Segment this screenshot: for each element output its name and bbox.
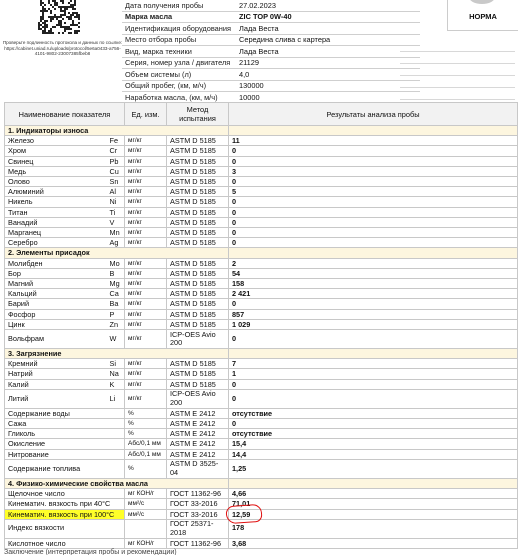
table-row: НикельNiмг/кг ASTM D 5185 0 — [5, 197, 518, 207]
header-results: Результаты анализа пробы — [229, 103, 518, 126]
indicator-name: Окисление — [5, 439, 125, 449]
unit: мг/кг — [125, 289, 167, 299]
indicator-name: Олово — [5, 177, 107, 187]
unit: мг/кг — [125, 268, 167, 278]
method: ASTM D 5185 — [167, 207, 229, 217]
method: ГОСТ 11362-96 — [167, 538, 229, 548]
indicator-name: Алюминий — [5, 187, 107, 197]
info-value: ZIC TOP 0W-40 — [236, 11, 420, 23]
unit: мг/кг — [125, 379, 167, 389]
table-row: ФосфорPмг/кг ASTM D 5185 857 — [5, 309, 518, 319]
info-row: Объем системы (л) 4,0 — [122, 69, 420, 81]
method: ASTM D 5185 — [167, 268, 229, 278]
table-row: Кислотное числомг КОН/г ГОСТ 11362-96 3,… — [5, 538, 518, 548]
decor-lines — [400, 40, 515, 100]
result-value: 71,01 — [229, 499, 518, 509]
indicator-name: Кислотное число — [5, 538, 125, 548]
unit: мг/кг — [125, 166, 167, 176]
info-label: Серия, номер узла / двигателя — [122, 57, 236, 69]
result-value: 14,4 — [229, 449, 518, 459]
result-value: 0 — [229, 177, 518, 187]
unit: мг/кг — [125, 299, 167, 309]
result-value: 178 — [229, 519, 518, 538]
table-row: МедьCuмг/кг ASTM D 5185 3 — [5, 166, 518, 176]
element-symbol: Na — [107, 369, 125, 379]
method: ASTM D 5185 — [167, 177, 229, 187]
unit: мг/кг — [125, 197, 167, 207]
unit: мг/кг — [125, 177, 167, 187]
indicator-name: Барий — [5, 299, 107, 309]
section-header: 3. Загрязнение — [5, 349, 518, 359]
indicator-name: Магний — [5, 279, 107, 289]
method: ASTM E 2412 — [167, 408, 229, 418]
info-label: Марка масла — [122, 11, 236, 23]
method: ASTM D 5185 — [167, 197, 229, 207]
method: ГОСТ 33-2016 — [167, 509, 229, 519]
unit: мг/кг — [125, 136, 167, 146]
element-symbol: Ca — [107, 289, 125, 299]
unit: % — [125, 429, 167, 439]
element-symbol: Ba — [107, 299, 125, 309]
indicator-name: Сажа — [5, 419, 125, 429]
table-row: ОловоSnмг/кг ASTM D 5185 0 — [5, 177, 518, 187]
result-value: 0 — [229, 330, 518, 349]
verify-text: Проверьте подлинность протокола и данных… — [0, 40, 125, 46]
status-seal-icon — [469, 0, 495, 4]
info-value: 27.02.2023 — [236, 0, 420, 11]
table-row: ТитанTiмг/кг ASTM D 5185 0 — [5, 207, 518, 217]
table-row: ЖелезоFeмг/кг ASTM D 5185 11 — [5, 136, 518, 146]
result-value: 12,59 — [229, 509, 518, 519]
unit — [125, 519, 167, 538]
result-value: 2 421 — [229, 289, 518, 299]
unit: % — [125, 419, 167, 429]
unit: мг КОН/г — [125, 538, 167, 548]
result-value: 3,68 — [229, 538, 518, 548]
method: ASTM D 5185 — [167, 217, 229, 227]
table-row: ЦинкZnмг/кг ASTM D 5185 1 029 — [5, 319, 518, 329]
info-label: Дата получения пробы — [122, 0, 236, 11]
status-box: НОРМА — [447, 0, 518, 31]
info-row: Серия, номер узла / двигателя 21129 — [122, 57, 420, 69]
info-row: Дата получения пробы 27.02.2023 — [122, 0, 420, 11]
info-value: Лада Веста — [236, 23, 420, 35]
method: ASTM D 5185 — [167, 319, 229, 329]
verify-note: Проверьте подлинность протокола и данных… — [0, 40, 125, 57]
result-value: 1 — [229, 369, 518, 379]
result-value: отсутствие — [229, 429, 518, 439]
table-row: КремнийSiмг/кг ASTM D 5185 7 — [5, 359, 518, 369]
table-row: Сажа% ASTM E 2412 0 — [5, 419, 518, 429]
result-value: 0 — [229, 207, 518, 217]
status-label: НОРМА — [448, 12, 518, 21]
info-label: Вид, марка техники — [122, 46, 236, 58]
indicator-name: Цинк — [5, 319, 107, 329]
method: ASTM D 5185 — [167, 379, 229, 389]
header-indicator: Наименование показателя — [5, 103, 125, 126]
element-symbol: B — [107, 268, 125, 278]
result-value: 0 — [229, 217, 518, 227]
element-symbol: Ni — [107, 197, 125, 207]
table-row: МагнийMgмг/кг ASTM D 5185 158 — [5, 279, 518, 289]
info-value: Лада Веста — [236, 46, 420, 58]
analysis-table: Наименование показателя Ед. изм. Метод и… — [4, 102, 518, 549]
result-value: 0 — [229, 419, 518, 429]
indicator-name: Ванадий — [5, 217, 107, 227]
indicator-name: Молибден — [5, 258, 107, 268]
method: ASTM D 5185 — [167, 279, 229, 289]
unit: Абс/0,1 мм — [125, 439, 167, 449]
method: ASTM D 5185 — [167, 258, 229, 268]
indicator-name: Литий — [5, 389, 107, 408]
unit: мг/кг — [125, 217, 167, 227]
table-row: БарийBaмг/кг ASTM D 5185 0 — [5, 299, 518, 309]
element-symbol: Mo — [107, 258, 125, 268]
result-value: 0 — [229, 228, 518, 238]
method: ASTM E 2412 — [167, 419, 229, 429]
table-row: ОкислениеАбс/0,1 мм ASTM E 2412 15,4 — [5, 439, 518, 449]
indicator-name: Содержание топлива — [5, 459, 125, 478]
unit: мг/кг — [125, 156, 167, 166]
conclusion-heading: Заключение (интерпретация пробы и рекоме… — [4, 549, 177, 555]
result-value: 2 — [229, 258, 518, 268]
indicator-name: Хром — [5, 146, 107, 156]
result-value: 5 — [229, 187, 518, 197]
table-row: СвинецPbмг/кг ASTM D 5185 0 — [5, 156, 518, 166]
element-symbol: Fe — [107, 136, 125, 146]
method: ASTM D 5185 — [167, 359, 229, 369]
info-row: Вид, марка техники Лада Веста — [122, 46, 420, 58]
info-row: Марка масла ZIC TOP 0W-40 — [122, 11, 420, 23]
result-value: 54 — [229, 268, 518, 278]
method: ASTM D 5185 — [167, 309, 229, 319]
unit: мг/кг — [125, 319, 167, 329]
element-symbol: Ti — [107, 207, 125, 217]
table-row: КалийKмг/кг ASTM D 5185 0 — [5, 379, 518, 389]
result-value: 1 029 — [229, 319, 518, 329]
method: ASTM E 2412 — [167, 449, 229, 459]
section-title: 3. Загрязнение — [5, 349, 229, 359]
unit: мг/кг — [125, 146, 167, 156]
method: ASTM D 5185 — [167, 136, 229, 146]
unit: мг/кг — [125, 389, 167, 408]
info-label: Место отбора пробы — [122, 34, 236, 46]
table-row: Гликоль% ASTM E 2412 отсутствие — [5, 429, 518, 439]
table-row: КальцийCaмг/кг ASTM D 5185 2 421 — [5, 289, 518, 299]
indicator-name: Марганец — [5, 228, 107, 238]
table-row: Содержание топлива% ASTM D 3525-04 1,25 — [5, 459, 518, 478]
method: ASTM D 5185 — [167, 369, 229, 379]
section-title: 4. Физико-химические свойства масла — [5, 478, 229, 488]
element-symbol: Zn — [107, 319, 125, 329]
indicator-name: Щелочное число — [5, 489, 125, 499]
table-row: НитрованиеАбс/0,1 мм ASTM E 2412 14,4 — [5, 449, 518, 459]
indicator-name: Вольфрам — [5, 330, 107, 349]
table-row: АлюминийAlмг/кг ASTM D 5185 5 — [5, 187, 518, 197]
table-row: ВольфрамWмг/кг ICP-OES Avio 200 0 — [5, 330, 518, 349]
element-symbol: Sn — [107, 177, 125, 187]
element-symbol: Al — [107, 187, 125, 197]
table-row: ВанадийVмг/кг ASTM D 5185 0 — [5, 217, 518, 227]
result-value: 0 — [229, 197, 518, 207]
indicator-name: Бор — [5, 268, 107, 278]
indicator-name: Титан — [5, 207, 107, 217]
element-symbol: Mg — [107, 279, 125, 289]
info-value: Середина слива с картера — [236, 34, 420, 46]
indicator-name: Кинематич. вязкость при 100°С — [5, 509, 125, 519]
indicator-name: Медь — [5, 166, 107, 176]
header-unit: Ед. изм. — [125, 103, 167, 126]
indicator-name: Никель — [5, 197, 107, 207]
indicator-name: Калий — [5, 379, 107, 389]
method: ASTM D 5185 — [167, 238, 229, 248]
table-row: Содержание воды% ASTM E 2412 отсутствие — [5, 408, 518, 418]
info-value: 4,0 — [236, 69, 420, 81]
table-row: НатрийNaмг/кг ASTM D 5185 1 — [5, 369, 518, 379]
element-symbol: Li — [107, 389, 125, 408]
method: ASTM D 5185 — [167, 228, 229, 238]
method: ASTM D 3525-04 — [167, 459, 229, 478]
info-row: Идентификация оборудования Лада Веста — [122, 23, 420, 35]
method: ASTM D 5185 — [167, 166, 229, 176]
sample-info-table: Дата получения пробы 27.02.2023Марка мас… — [122, 0, 420, 104]
result-value: 0 — [229, 299, 518, 309]
section-header: 4. Физико-химические свойства масла — [5, 478, 518, 488]
result-value: 0 — [229, 379, 518, 389]
unit: мг КОН/г — [125, 489, 167, 499]
indicator-name: Нитрование — [5, 449, 125, 459]
method: ASTM D 5185 — [167, 289, 229, 299]
table-row: СереброAgмг/кг ASTM D 5185 0 — [5, 238, 518, 248]
section-header: 1. Индикаторы износа — [5, 126, 518, 136]
info-value: 21129 — [236, 57, 420, 69]
unit: Абс/0,1 мм — [125, 449, 167, 459]
unit: мм²/с — [125, 499, 167, 509]
info-label: Общий пробег, (км, м/ч) — [122, 80, 236, 92]
table-row: МолибденMoмг/кг ASTM D 5185 2 — [5, 258, 518, 268]
element-symbol: Si — [107, 359, 125, 369]
indicator-name: Серебро — [5, 238, 107, 248]
indicator-name: Железо — [5, 136, 107, 146]
result-value: отсутствие — [229, 408, 518, 418]
unit: мг/кг — [125, 279, 167, 289]
unit: мг/кг — [125, 258, 167, 268]
indicator-name: Гликоль — [5, 429, 125, 439]
method: ASTM D 5185 — [167, 299, 229, 309]
table-row: Индекс вязкости ГОСТ 25371-2018 178 — [5, 519, 518, 538]
result-value: 0 — [229, 389, 518, 408]
info-value: 130000 — [236, 80, 420, 92]
table-row: БорBмг/кг ASTM D 5185 54 — [5, 268, 518, 278]
unit: % — [125, 459, 167, 478]
unit: мг/кг — [125, 359, 167, 369]
method: ASTM E 2412 — [167, 439, 229, 449]
indicator-name: Кинематич. вязкость при 40°С — [5, 499, 125, 509]
method: ASTM D 5185 — [167, 146, 229, 156]
header-method: Метод испытания — [167, 103, 229, 126]
indicator-name: Фосфор — [5, 309, 107, 319]
info-row: Место отбора пробы Середина слива с карт… — [122, 34, 420, 46]
indicator-name: Кремний — [5, 359, 107, 369]
unit: мм²/с — [125, 509, 167, 519]
unit: мг/кг — [125, 228, 167, 238]
table-row: Кинематич. вязкость при 40°Смм²/с ГОСТ 3… — [5, 499, 518, 509]
table-row: ХромCrмг/кг ASTM D 5185 0 — [5, 146, 518, 156]
method: ASTM E 2412 — [167, 429, 229, 439]
info-row: Общий пробег, (км, м/ч) 130000 — [122, 80, 420, 92]
result-value: 11 — [229, 136, 518, 146]
verify-link[interactable]: https://cabinet.uniad.ru/uploads/protoco… — [0, 46, 125, 57]
method: ГОСТ 25371-2018 — [167, 519, 229, 538]
indicator-name: Содержание воды — [5, 408, 125, 418]
unit: мг/кг — [125, 187, 167, 197]
unit: мг/кг — [125, 207, 167, 217]
unit: мг/кг — [125, 330, 167, 349]
result-value: 1,25 — [229, 459, 518, 478]
result-value: 0 — [229, 146, 518, 156]
method: ГОСТ 11362-96 — [167, 489, 229, 499]
red-circle-annotation — [225, 504, 262, 524]
info-label: Объем системы (л) — [122, 69, 236, 81]
result-value: 158 — [229, 279, 518, 289]
info-label: Идентификация оборудования — [122, 23, 236, 35]
method: ASTM D 5185 — [167, 187, 229, 197]
result-value: 3 — [229, 166, 518, 176]
section-header: 2. Элементы присадок — [5, 248, 518, 258]
section-title: 2. Элементы присадок — [5, 248, 229, 258]
indicator-name: Кальций — [5, 289, 107, 299]
table-row: Щелочное числомг КОН/г ГОСТ 11362-96 4,6… — [5, 489, 518, 499]
result-value: 857 — [229, 309, 518, 319]
method: ICP-OES Avio 200 — [167, 330, 229, 349]
indicator-name: Свинец — [5, 156, 107, 166]
element-symbol: Cu — [107, 166, 125, 176]
element-symbol: V — [107, 217, 125, 227]
unit: мг/кг — [125, 309, 167, 319]
result-value: 7 — [229, 359, 518, 369]
table-row: МарганецMnмг/кг ASTM D 5185 0 — [5, 228, 518, 238]
element-symbol: Pb — [107, 156, 125, 166]
result-value: 4,66 — [229, 489, 518, 499]
method: ICP-OES Avio 200 — [167, 389, 229, 408]
unit: мг/кг — [125, 238, 167, 248]
element-symbol: Ag — [107, 238, 125, 248]
table-row: ЛитийLiмг/кг ICP-OES Avio 200 0 — [5, 389, 518, 408]
result-value: 0 — [229, 238, 518, 248]
unit: % — [125, 408, 167, 418]
method: ASTM D 5185 — [167, 156, 229, 166]
table-header: Наименование показателя Ед. изм. Метод и… — [5, 103, 518, 126]
result-value: 15,4 — [229, 439, 518, 449]
result-value: 0 — [229, 156, 518, 166]
element-symbol: Mn — [107, 228, 125, 238]
method: ГОСТ 33-2016 — [167, 499, 229, 509]
element-symbol: P — [107, 309, 125, 319]
element-symbol: K — [107, 379, 125, 389]
indicator-name: Натрий — [5, 369, 107, 379]
qr-code — [38, 0, 80, 34]
section-title: 1. Индикаторы износа — [5, 126, 229, 136]
unit: мг/кг — [125, 369, 167, 379]
element-symbol: Cr — [107, 146, 125, 156]
element-symbol: W — [107, 330, 125, 349]
indicator-name: Индекс вязкости — [5, 519, 125, 538]
